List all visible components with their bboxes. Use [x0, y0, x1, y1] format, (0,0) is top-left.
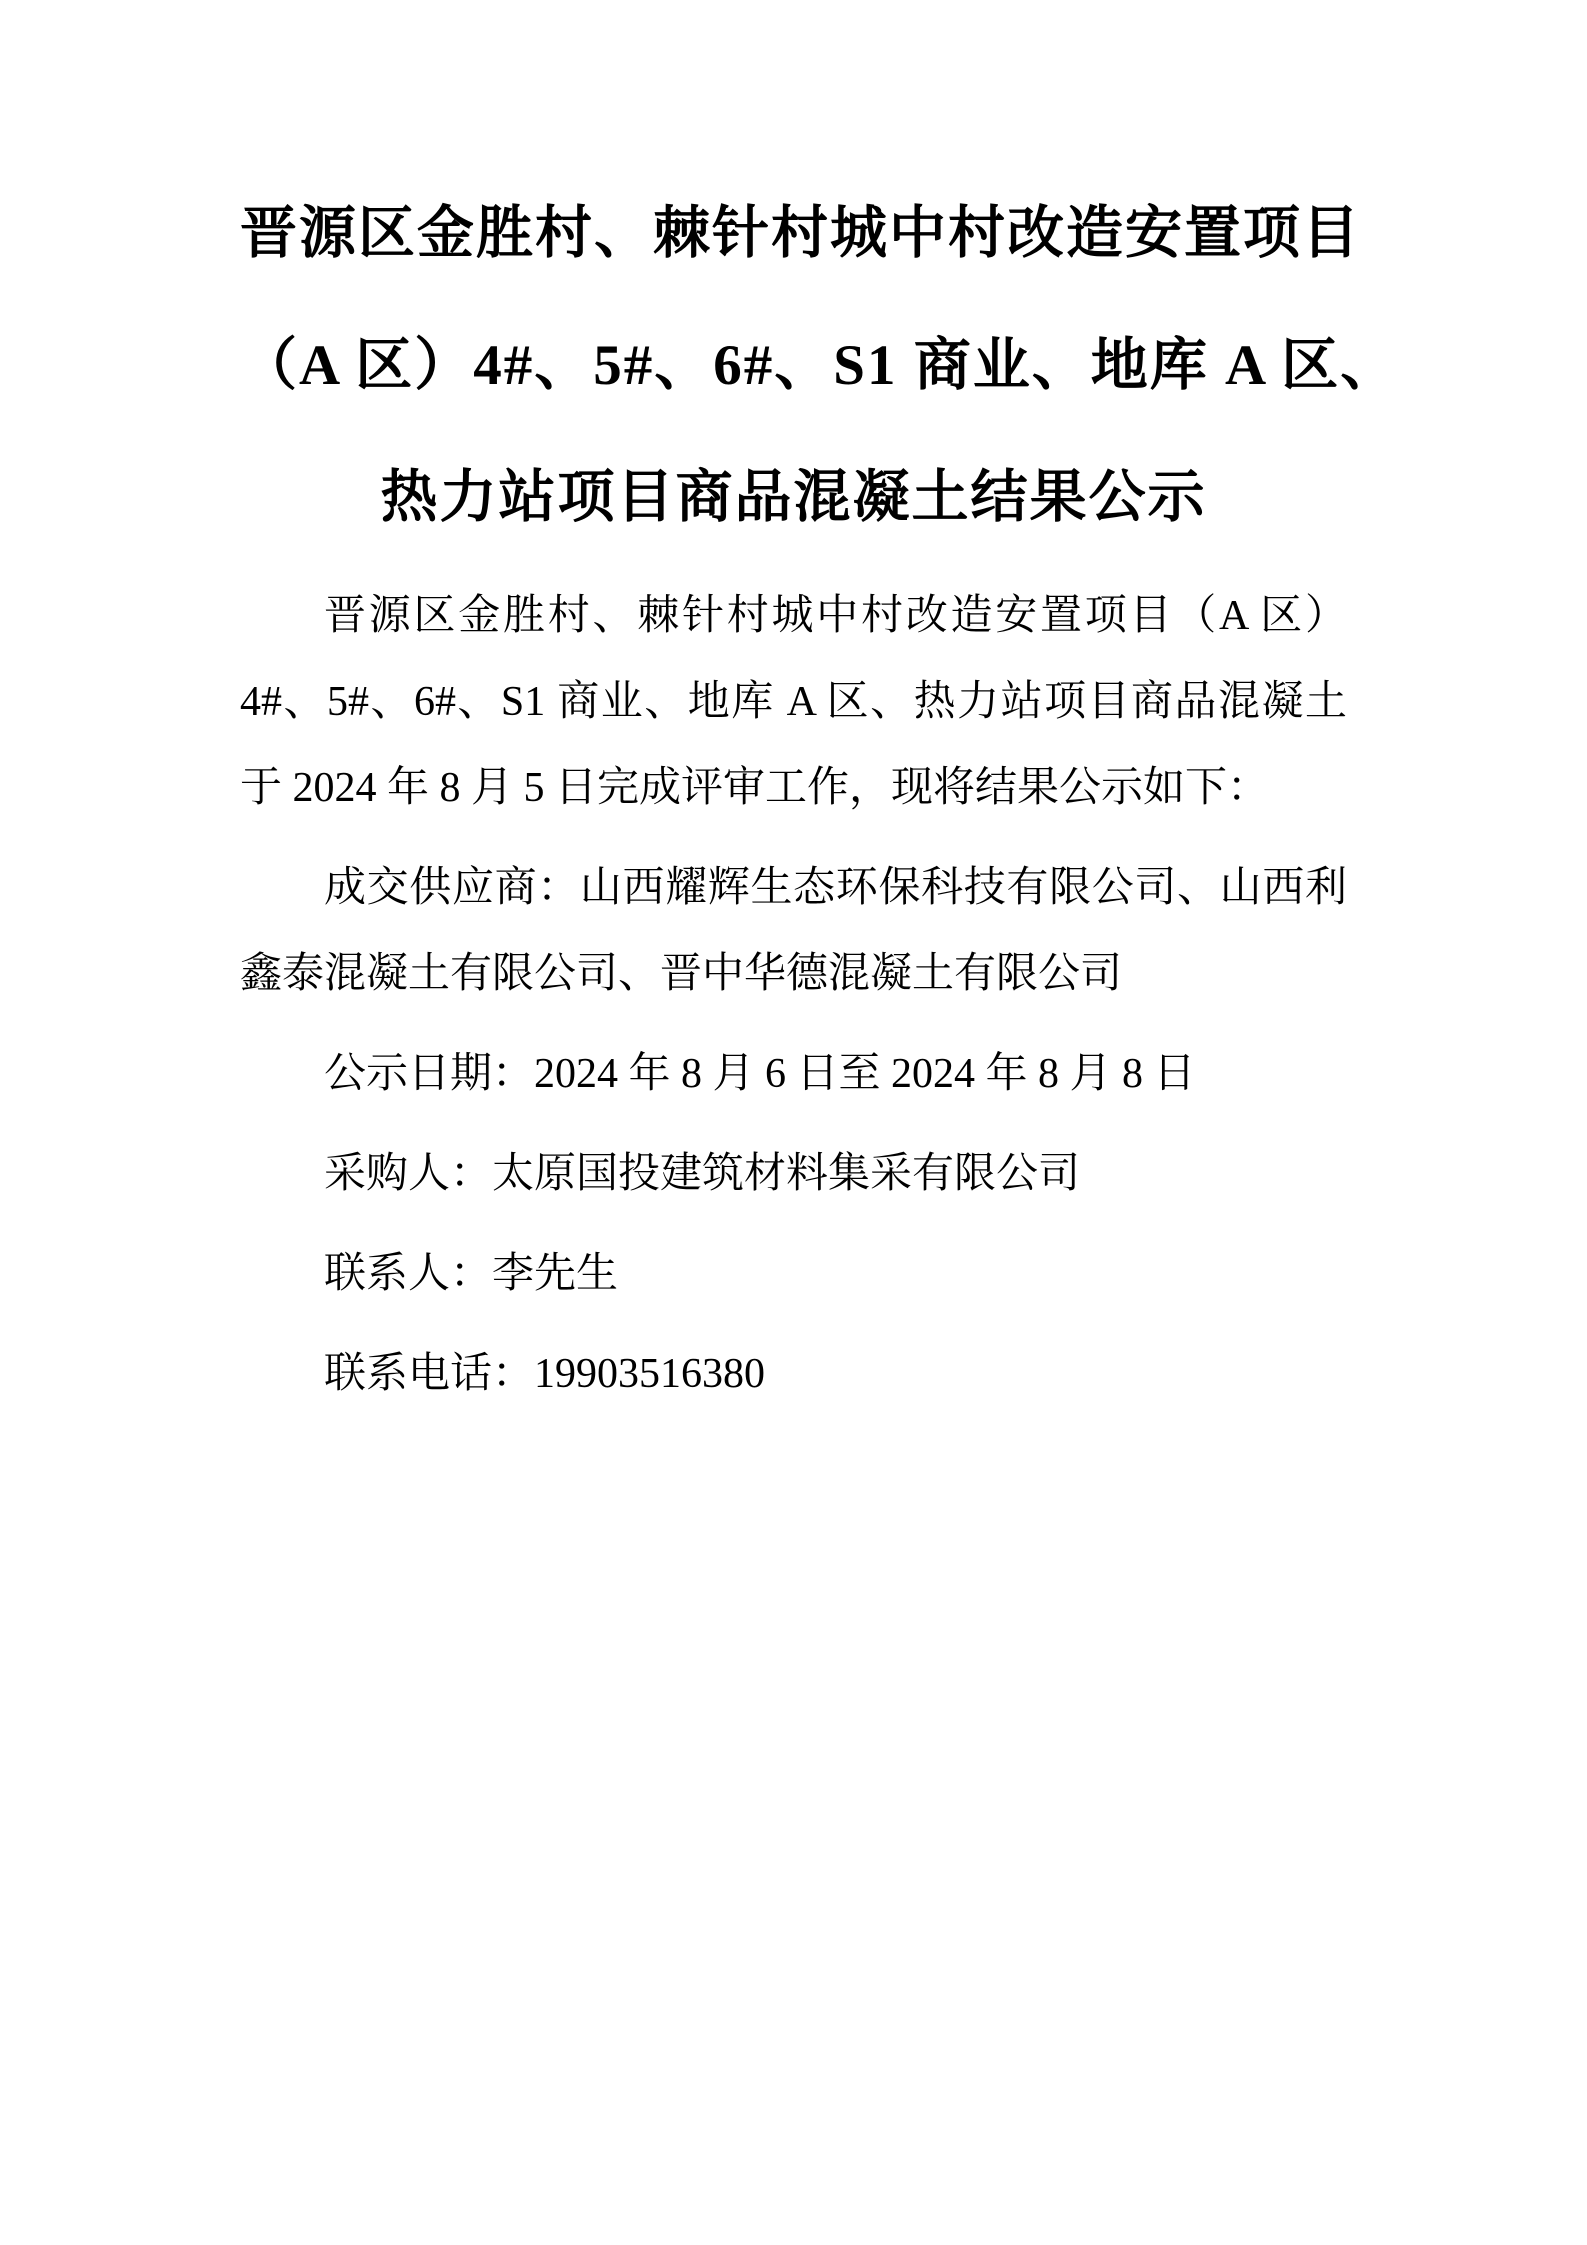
contact-person-label: 联系人：: [324, 1251, 492, 1297]
purchaser-value: 太原国投建筑材料集采有限公司: [492, 1151, 1080, 1197]
document-body: 晋源区金胜村、棘针村城中村改造安置项目（A 区）4#、5#、6#、S1 商业、地…: [240, 573, 1347, 1417]
document-page: 晋源区金胜村、棘针村城中村改造安置项目 （A 区）4#、5#、6#、S1 商业、…: [0, 0, 1587, 2245]
intro-paragraph: 晋源区金胜村、棘针村城中村改造安置项目（A 区）4#、5#、6#、S1 商业、地…: [240, 573, 1347, 831]
document-title-line-1: 晋源区金胜村、棘针村城中村改造安置项目: [240, 168, 1347, 300]
publicity-date-label: 公示日期：: [324, 1051, 534, 1097]
document-title-line-3: 热力站项目商品混凝土结果公示: [240, 432, 1347, 564]
contact-phone-label: 联系电话：: [324, 1351, 534, 1397]
contact-phone-value: 19903516380: [534, 1351, 765, 1397]
publicity-date-value: 2024 年 8 月 6 日至 2024 年 8 月 8 日: [534, 1051, 1196, 1097]
document-title: 晋源区金胜村、棘针村城中村改造安置项目 （A 区）4#、5#、6#、S1 商业、…: [240, 168, 1347, 564]
contact-phone-paragraph: 联系电话：19903516380: [240, 1331, 1347, 1417]
contact-person-paragraph: 联系人：李先生: [240, 1231, 1347, 1317]
winning-supplier-paragraph: 成交供应商：山西耀辉生态环保科技有限公司、山西利鑫泰混凝土有限公司、晋中华德混凝…: [240, 845, 1347, 1017]
purchaser-paragraph: 采购人：太原国投建筑材料集采有限公司: [240, 1131, 1347, 1217]
publicity-date-paragraph: 公示日期：2024 年 8 月 6 日至 2024 年 8 月 8 日: [240, 1031, 1347, 1117]
purchaser-label: 采购人：: [324, 1151, 492, 1197]
document-title-line-2: （A 区）4#、5#、6#、S1 商业、地库 A 区、: [240, 300, 1347, 432]
winning-supplier-label: 成交供应商：: [324, 865, 580, 911]
contact-person-value: 李先生: [492, 1251, 618, 1297]
